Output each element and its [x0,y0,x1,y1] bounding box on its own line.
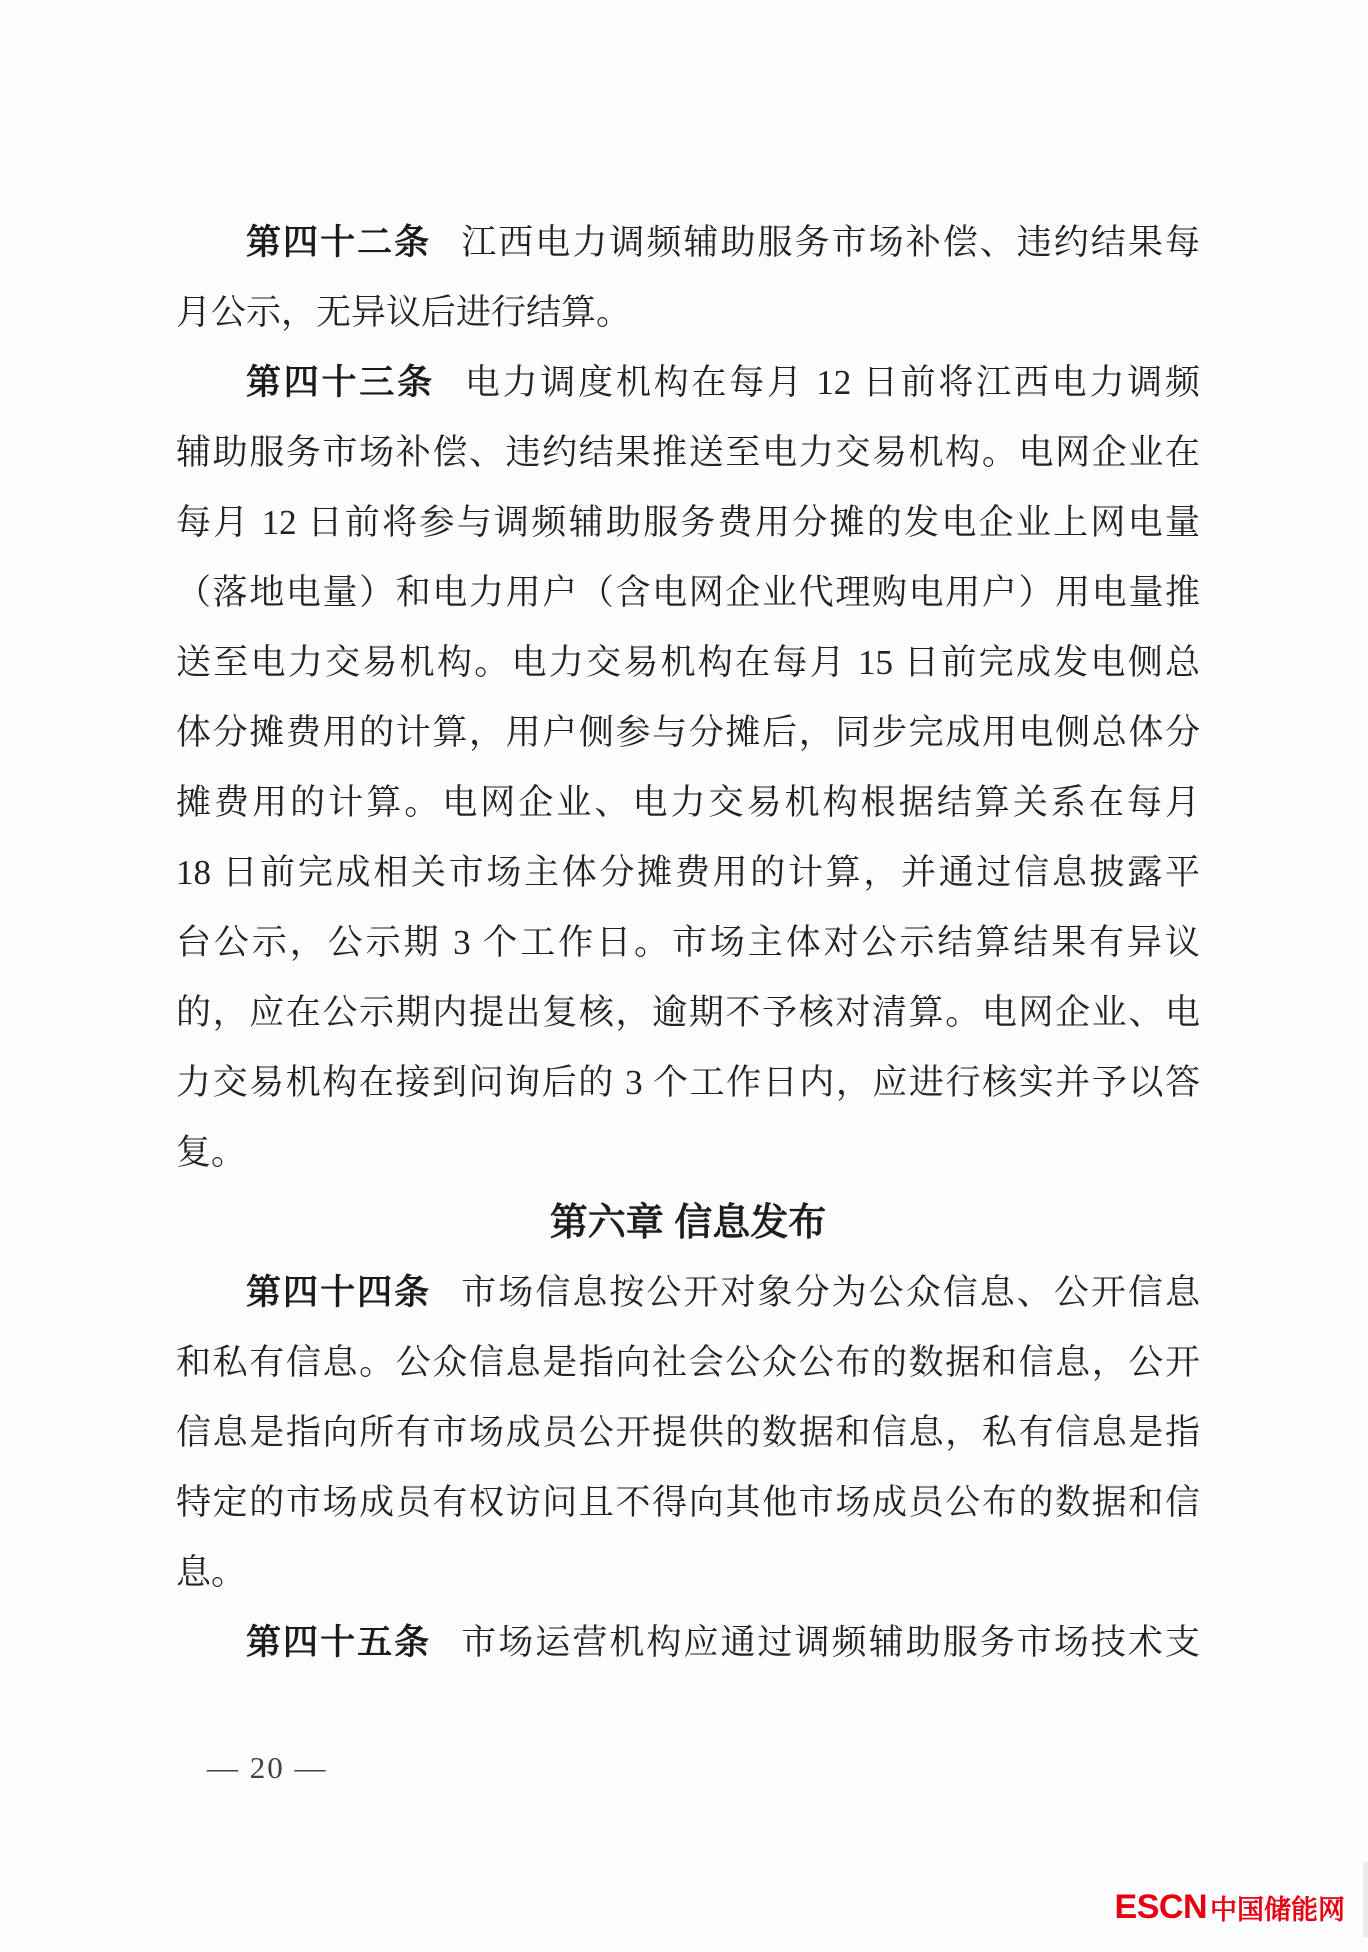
article-number: 第四十五条 [246,1623,431,1662]
document-line: 第四十五条市场运营机构应通过调频辅助服务市场技术支 [176,1608,1200,1678]
escn-logo-cjk: 中国储能网 [1210,1888,1345,1927]
escn-logo: ESCN 中国储能网 [1115,1888,1345,1927]
document-line: 息。 [176,1538,1200,1608]
page-number: — 20 — [207,1750,328,1786]
document-line: 第四十二条江西电力调频辅助服务市场补偿、违约结果每 [176,208,1200,278]
chapter-heading: 第六章 信息发布 [176,1188,1200,1258]
document-line: 第四十三条电力调度机构在每月 12 日前将江西电力调频 [176,348,1200,418]
document-line: 送至电力交易机构。电力交易机构在每月 15 日前完成发电侧总 [176,628,1200,698]
document-line: 月公示，无异议后进行结算。 [176,278,1200,348]
document-line: 特定的市场成员有权访问且不得向其他市场成员公布的数据和信 [176,1468,1200,1538]
document-line: 辅助服务市场补偿、违约结果推送至电力交易机构。电网企业在 [176,418,1200,488]
document-line: 和私有信息。公众信息是指向社会公众公布的数据和信息，公开 [176,1328,1200,1398]
escn-logo-latin: ESCN [1115,1888,1207,1927]
document-line: 摊费用的计算。电网企业、电力交易机构根据结算关系在每月 [176,768,1200,838]
scan-edge-artifact [1363,1862,1368,1937]
document-line: 力交易机构在接到问询后的 3 个工作日内，应进行核实并予以答 [176,1048,1200,1118]
document-line: （落地电量）和电力用户（含电网企业代理购电用户）用电量推 [176,558,1200,628]
article-number: 第四十二条 [246,223,431,262]
document-line: 复。 [176,1118,1200,1188]
article-number: 第四十四条 [246,1273,431,1312]
document-body: 第四十二条江西电力调频辅助服务市场补偿、违约结果每月公示，无异议后进行结算。第四… [176,208,1200,1678]
document-line: 信息是指向所有市场成员公开提供的数据和信息，私有信息是指 [176,1398,1200,1468]
document-line: 18 日前完成相关市场主体分摊费用的计算，并通过信息披露平 [176,838,1200,908]
document-line: 第四十四条市场信息按公开对象分为公众信息、公开信息 [176,1258,1200,1328]
document-line: 每月 12 日前将参与调频辅助服务费用分摊的发电企业上网电量 [176,488,1200,558]
document-line: 的，应在公示期内提出复核，逾期不予核对清算。电网企业、电 [176,978,1200,1048]
document-page: 第四十二条江西电力调频辅助服务市场补偿、违约结果每月公示，无异议后进行结算。第四… [0,0,1368,1952]
document-line: 体分摊费用的计算，用户侧参与分摊后，同步完成用电侧总体分 [176,698,1200,768]
document-line: 台公示，公示期 3 个工作日。市场主体对公示结算结果有异议 [176,908,1200,978]
article-number: 第四十三条 [246,363,435,402]
